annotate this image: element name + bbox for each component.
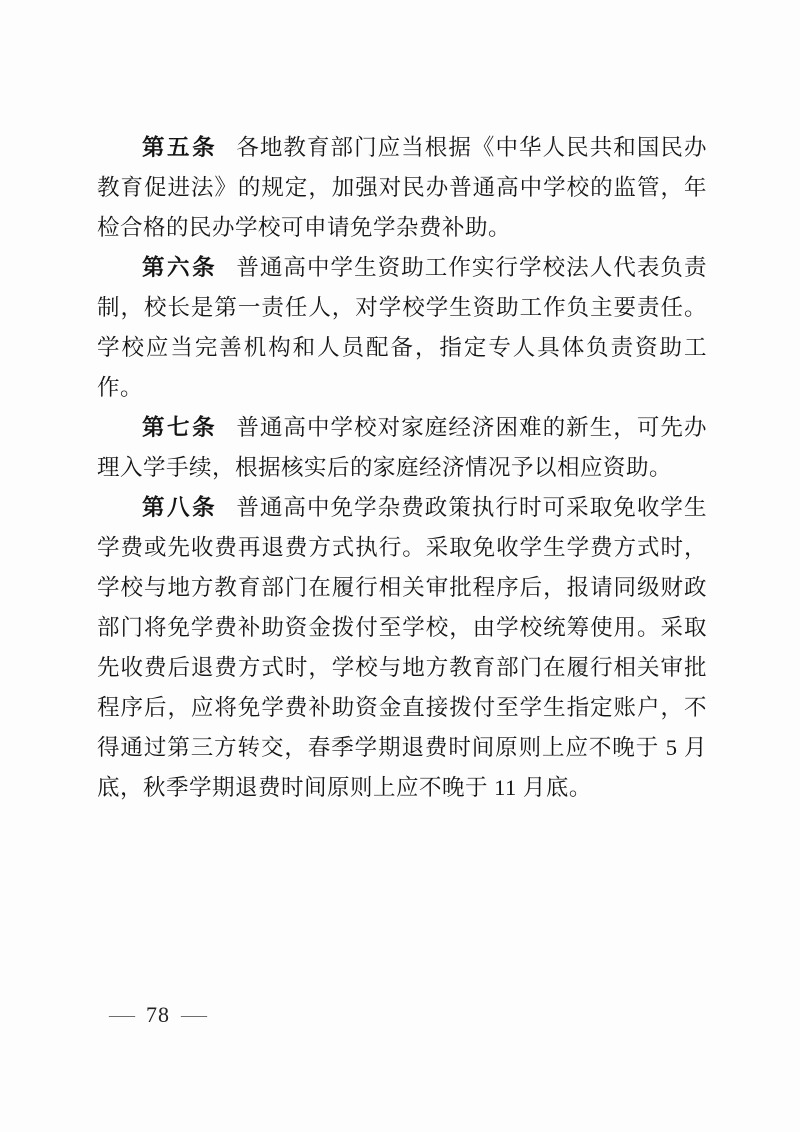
- article-label-5: 第五条: [142, 135, 217, 160]
- article-label-8: 第八条: [142, 495, 217, 520]
- article-paragraph-8: 第八条普通高中免学杂费政策执行时可采取免收学生学费或先收费再退费方式执行。采取免…: [97, 488, 707, 808]
- article-paragraph-5: 第五条各地教育部门应当根据《中华人民共和国民办教育促进法》的规定，加强对民办普通…: [97, 128, 707, 248]
- footer-dash-left: —: [109, 1004, 135, 1027]
- footer-dash-right: —: [181, 1004, 207, 1027]
- article-label-7: 第七条: [142, 415, 217, 440]
- document-page: 第五条各地教育部门应当根据《中华人民共和国民办教育促进法》的规定，加强对民办普通…: [0, 0, 800, 1132]
- footer-page-number: 78: [146, 1002, 170, 1028]
- document-body: 第五条各地教育部门应当根据《中华人民共和国民办教育促进法》的规定，加强对民办普通…: [97, 128, 707, 808]
- page-footer: — 78 —: [112, 1002, 204, 1028]
- article-paragraph-6: 第六条普通高中学生资助工作实行学校法人代表负责制，校长是第一责任人，对学校学生资…: [97, 248, 707, 408]
- article-label-6: 第六条: [142, 255, 217, 280]
- article-paragraph-7: 第七条普通高中学校对家庭经济困难的新生，可先办理入学手续，根据核实后的家庭经济情…: [97, 408, 707, 488]
- article-text-8: 普通高中免学杂费政策执行时可采取免收学生学费或先收费再退费方式执行。采取免收学生…: [97, 495, 707, 800]
